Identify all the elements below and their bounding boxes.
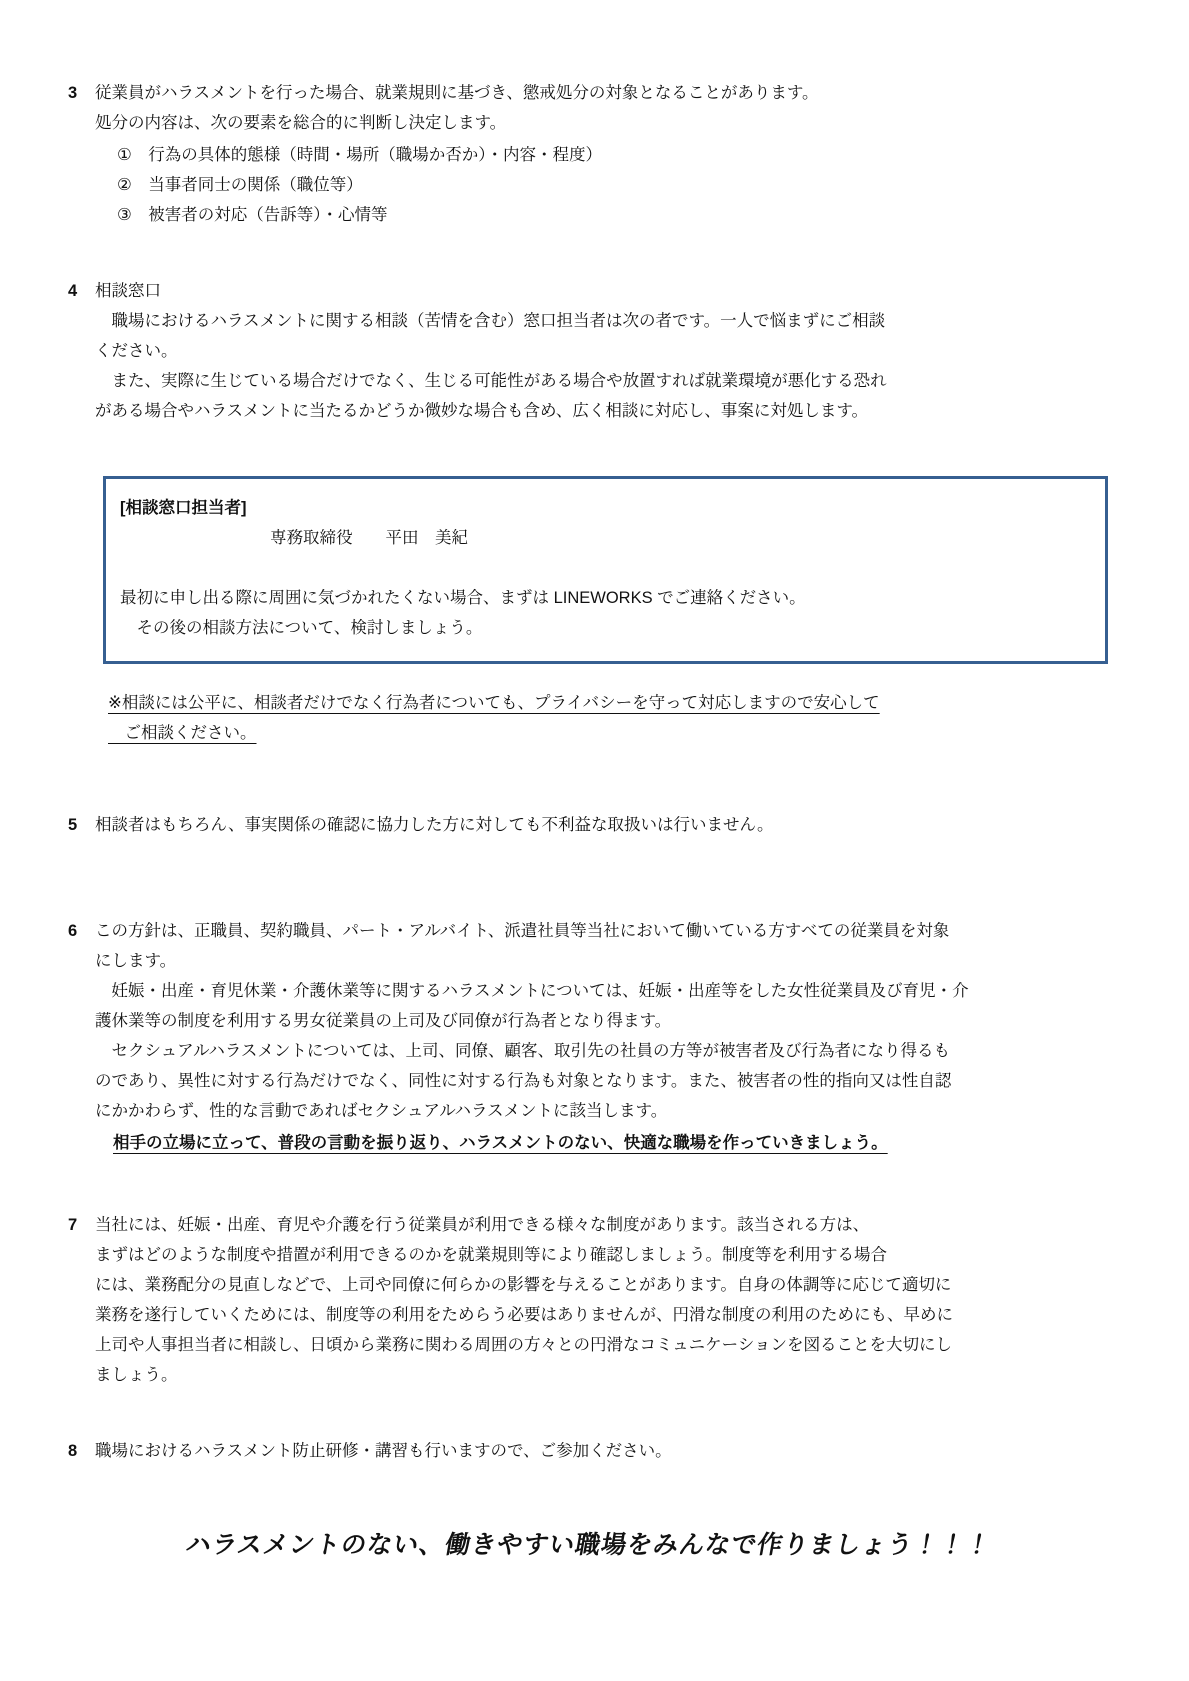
section-8-content: 職場におけるハラスメント防止研修・講習も行いますので、ご参加ください。 xyxy=(95,1436,1109,1466)
section-6-paragraph: この方針は、正職員、契約職員、パート・アルバイト、派遣社員等当社において働いてい… xyxy=(95,916,1109,976)
section-5-number: 5 xyxy=(68,810,95,840)
contact-box-note: 最初に申し出る際に周囲に気づかれたくない場合、まずは LINEWORKS でご連… xyxy=(120,583,1085,643)
section-6-number: 6 xyxy=(68,916,95,946)
section-3-number: 3 xyxy=(68,78,95,108)
document-page: 3 従業員がハラスメントを行った場合、就業規則に基づき、懲戒処分の対象となること… xyxy=(0,0,1189,1681)
section-4-heading: 相談窓口 xyxy=(95,276,1109,306)
section-4-number: 4 xyxy=(68,276,95,306)
section-7-number: 7 xyxy=(68,1210,95,1240)
list-item: ② 当事者同士の関係（職位等） xyxy=(95,170,1109,200)
contact-box-title: [相談窓口担当者] xyxy=(120,493,1085,523)
contact-person: 専務取締役 平田 美紀 xyxy=(270,523,1085,553)
section-7-paragraph: 当社には、妊娠・出産、育児や介護を行う従業員が利用できる様々な制度があります。該… xyxy=(95,1210,1109,1390)
closing-slogan-wrap: ハラスメントのない、働きやすい職場をみんなで作りましょう！！！ xyxy=(68,1530,1109,1563)
section-4-paragraph: また、実際に生じている場合だけでなく、生じる可能性がある場合や放置すれば就業環境… xyxy=(95,366,1109,426)
section-3-paragraph: 従業員がハラスメントを行った場合、就業規則に基づき、懲戒処分の対象となることがあ… xyxy=(95,78,1109,138)
section-5-paragraph: 相談者はもちろん、事実関係の確認に協力した方に対しても不利益な取扱いは行いません… xyxy=(95,810,1109,840)
consultation-contact-box: [相談窓口担当者] 専務取締役 平田 美紀 最初に申し出る際に周囲に気づかれたく… xyxy=(103,476,1108,664)
section-6-paragraph: セクシュアルハラスメントについては、上司、同僚、顧客、取引先の社員の方等が被害者… xyxy=(95,1036,1109,1126)
list-item: ① 行為の具体的態様（時間・場所（職場か否か）・内容・程度） xyxy=(95,140,1109,170)
section-4-paragraph: 職場におけるハラスメントに関する相談（苦情を含む）窓口担当者は次の者です。一人で… xyxy=(95,306,1109,366)
section-6-content: この方針は、正職員、契約職員、パート・アルバイト、派遣社員等当社において働いてい… xyxy=(95,916,1109,1158)
section-8-number: 8 xyxy=(68,1436,95,1466)
section-4-content: 相談窓口 職場におけるハラスメントに関する相談（苦情を含む）窓口担当者は次の者で… xyxy=(95,276,1109,426)
section-8-paragraph: 職場におけるハラスメント防止研修・講習も行いますので、ご参加ください。 xyxy=(95,1436,1109,1466)
section-7: 7 当社には、妊娠・出産、育児や介護を行う従業員が利用できる様々な制度があります… xyxy=(68,1210,1109,1390)
list-item: ③ 被害者の対応（告訴等）・心情等 xyxy=(95,200,1109,230)
section-5-content: 相談者はもちろん、事実関係の確認に協力した方に対しても不利益な取扱いは行いません… xyxy=(95,810,1109,840)
section-3-content: 従業員がハラスメントを行った場合、就業規則に基づき、懲戒処分の対象となることがあ… xyxy=(95,78,1109,230)
section-3-items: ① 行為の具体的態様（時間・場所（職場か否か）・内容・程度） ② 当事者同士の関… xyxy=(95,140,1109,230)
section-3: 3 従業員がハラスメントを行った場合、就業規則に基づき、懲戒処分の対象となること… xyxy=(68,78,1109,230)
section-6-emphasis-line: 相手の立場に立って、普段の言動を振り返り、ハラスメントのない、快適な職場を作って… xyxy=(95,1128,1109,1158)
section-6: 6 この方針は、正職員、契約職員、パート・アルバイト、派遣社員等当社において働い… xyxy=(68,916,1109,1158)
section-8: 8 職場におけるハラスメント防止研修・講習も行いますので、ご参加ください。 xyxy=(68,1436,1109,1466)
section-5: 5 相談者はもちろん、事実関係の確認に協力した方に対しても不利益な取扱いは行いま… xyxy=(68,810,1109,840)
section-4: 4 相談窓口 職場におけるハラスメントに関する相談（苦情を含む）窓口担当者は次の… xyxy=(68,276,1109,426)
section-7-content: 当社には、妊娠・出産、育児や介護を行う従業員が利用できる様々な制度があります。該… xyxy=(95,1210,1109,1390)
closing-slogan: ハラスメントのない、働きやすい職場をみんなで作りましょう！！！ xyxy=(183,1530,994,1560)
privacy-note: ※相談には公平に、相談者だけでなく行為者についても、プライバシーを守って対応しま… xyxy=(108,688,1109,748)
section-6-paragraph: 妊娠・出産・育児休業・介護休業等に関するハラスメントについては、妊娠・出産等をし… xyxy=(95,976,1109,1036)
